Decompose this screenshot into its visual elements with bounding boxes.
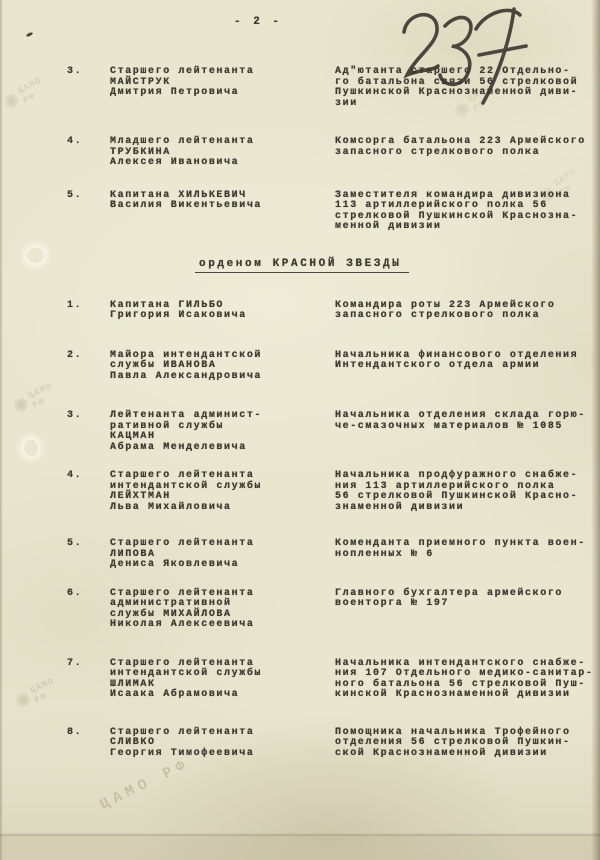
recipient-name: Старшего лейтенанта СЛИВКО Георгия Тимоф…: [110, 728, 335, 760]
recipient-name: Младшего лейтенанта ТРУБКИНА Алексея Ива…: [110, 137, 335, 169]
item-number: 5.: [67, 539, 110, 550]
award-item: 4. Старшего лейтенанта интендантской слу…: [67, 471, 594, 513]
position-description: Начальника финансового отделения Интенда…: [335, 351, 594, 372]
recipient-name: Старшего лейтенанта интендантской службы…: [110, 471, 335, 513]
award-item: 4. Младшего лейтенанта ТРУБКИНА Алексея …: [67, 137, 594, 169]
position-description: Помощника начальника Трофейного отделени…: [335, 728, 594, 760]
position-description: Начальника продфуражного снабже- ния 113…: [335, 471, 594, 513]
item-number: 8.: [67, 728, 110, 739]
award-item: 5. Старшего лейтенанта ЛИПОВА Дениса Яко…: [67, 539, 594, 571]
recipient-name: Капитана ГИЛЬБО Григория Исаковича: [110, 301, 335, 322]
position-description: Командира роты 223 Армейского запасного …: [335, 301, 594, 322]
item-number: 4.: [67, 137, 110, 148]
item-number: 7.: [67, 659, 110, 670]
award-item: 5. Капитана ХИЛЬКЕВИЧ Василия Викентьеви…: [67, 191, 594, 233]
award-item: 7. Старшего лейтенанта интендантской слу…: [67, 659, 594, 701]
recipient-name: Майора интендантской службы ИВАНОВА Павл…: [110, 351, 335, 383]
bottom-shade: [0, 837, 600, 860]
item-number: 6.: [67, 589, 110, 600]
position-description: Начальника интендантского снабже- ния 10…: [335, 659, 594, 701]
award-item: 6. Старшего лейтенанта административной …: [67, 589, 594, 631]
recipient-name: Лейтенанта админист- ративной службы КАЦ…: [110, 411, 335, 453]
position-description: Ад"ютанта старшего 22 Отдельно- го батал…: [335, 67, 594, 109]
item-number: 2.: [67, 351, 110, 362]
page-number: - 2 -: [234, 16, 282, 28]
recipient-name: Старшего лейтенанта ЛИПОВА Дениса Яковле…: [110, 539, 335, 571]
position-description: Комсорга батальона 223 Армейского запасн…: [335, 137, 594, 158]
position-description: Заместителя командира дивизиона 113 арти…: [335, 191, 594, 233]
award-item: 3. Лейтенанта админист- ративной службы …: [67, 411, 594, 453]
paper-crease: [0, 833, 600, 837]
position-description: Главного бухгалтера армейского военторга…: [335, 589, 594, 610]
item-number: 3.: [67, 411, 110, 422]
award-item: 1. Капитана ГИЛЬБО Григория Исаковича Ко…: [67, 301, 594, 322]
position-description: Коменданта приемного пункта воен- ноплен…: [335, 539, 594, 560]
award-item: 2. Майора интендантской службы ИВАНОВА П…: [67, 351, 594, 383]
item-number: 3.: [67, 67, 110, 78]
recipient-name: Старшего лейтенанта интендантской службы…: [110, 659, 335, 701]
recipient-name: Старшего лейтенанта административной слу…: [110, 589, 335, 631]
item-number: 5.: [67, 191, 110, 202]
ink-speck: [26, 32, 34, 38]
position-description: Начальника отделения склада горю- че-сма…: [335, 411, 594, 432]
archive-watermark-text: ЦАМО РФ: [97, 755, 193, 813]
award-item: 8. Старшего лейтенанта СЛИВКО Георгия Ти…: [67, 728, 594, 760]
award-item: 3. Старшего лейтенанта МАЙСТРУК Дмитрия …: [67, 67, 594, 109]
item-number: 4.: [67, 471, 110, 482]
recipient-name: Старшего лейтенанта МАЙСТРУК Дмитрия Пет…: [110, 67, 335, 99]
recipient-name: Капитана ХИЛЬКЕВИЧ Василия Викентьевича: [110, 191, 335, 212]
award-list: 3. Старшего лейтенанта МАЙСТРУК Дмитрия …: [0, 67, 600, 759]
section-heading: орденом КРАСНОЙ ЗВЕЗДЫ: [195, 258, 409, 273]
item-number: 1.: [67, 301, 110, 312]
